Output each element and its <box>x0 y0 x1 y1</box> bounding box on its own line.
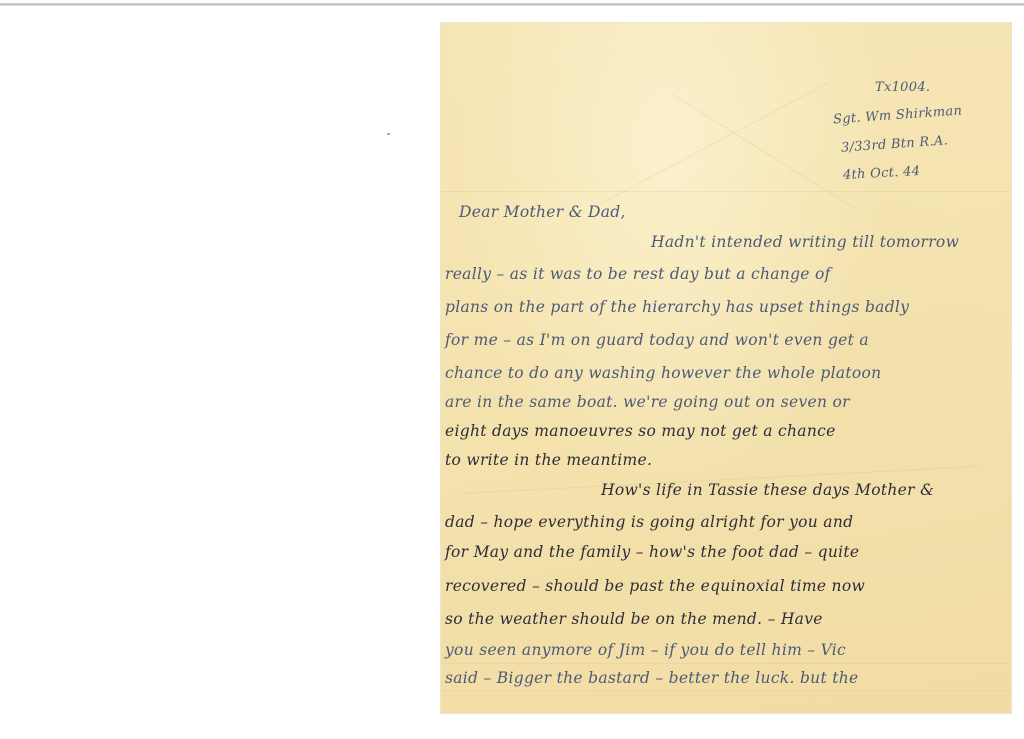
body-line: eight days manoeuvres so may not get a c… <box>445 422 836 440</box>
paper-crease <box>601 81 831 204</box>
body-line: chance to do any washing however the who… <box>445 364 881 382</box>
body-line: for me – as I'm on guard today and won't… <box>445 331 869 349</box>
header-name: Sgt. Wm Shirkman <box>833 104 963 128</box>
body-line: for May and the family – how's the foot … <box>445 543 859 561</box>
header-date: 4th Oct. 44 <box>843 164 921 183</box>
body-line: to write in the meantime. <box>445 451 652 469</box>
paper-crease <box>441 191 1011 192</box>
ruled-line <box>441 690 1011 691</box>
salutation: Dear Mother & Dad, <box>459 203 626 221</box>
body-line: are in the same boat. we're going out on… <box>445 393 850 411</box>
header-unit: 3/33rd Btn R.A. <box>841 133 949 155</box>
stray-dust-mark <box>387 133 390 135</box>
body-line: How's life in Tassie these days Mother & <box>601 481 934 499</box>
ruled-line <box>441 663 1011 664</box>
scanner-edge-line <box>0 3 1024 6</box>
body-line: said – Bigger the bastard – better the l… <box>445 669 859 687</box>
body-line: recovered – should be past the equinoxia… <box>445 577 865 595</box>
body-line: so the weather should be on the mend. – … <box>445 610 823 628</box>
letter-page: Tx1004. Sgt. Wm Shirkman 3/33rd Btn R.A.… <box>441 23 1011 713</box>
body-line: you seen anymore of Jim – if you do tell… <box>445 641 846 659</box>
header-service-number: Tx1004. <box>875 80 930 95</box>
body-line: plans on the part of the hierarchy has u… <box>445 298 909 316</box>
body-line: Hadn't intended writing till tomorrow <box>651 233 959 251</box>
body-line: dad – hope everything is going alright f… <box>445 513 853 531</box>
body-line: really – as it was to be rest day but a … <box>445 265 831 283</box>
